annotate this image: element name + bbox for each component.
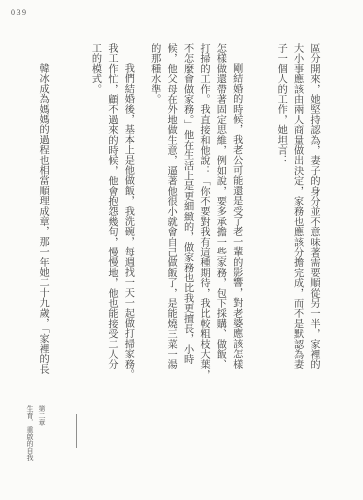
book-page: 039 區分開來，她堅持認為，妻子的身分並不意味著需要順從另一半，家裡的 大小事…: [0, 0, 363, 500]
chapter-title: 生育．重啟的自我: [24, 405, 36, 490]
text-column: 大小事應該由兩人商量做出決定，家務也應該分擔完成，而不是默認為妻: [288, 43, 304, 384]
text-column: 打掃的工作。我直接和他說：「你不要對我有這種期待，我比較粗枝大葉，: [195, 43, 211, 384]
text-column: 的那種水準。: [145, 43, 161, 384]
text-column: 區分開來，她堅持認為，妻子的身分並不意味著需要順從另一半，家裡的: [305, 43, 321, 384]
text-column: 候，他父母在外地做生意，逼著他很小就會自己做飯了，是能燒三菜一湯: [162, 43, 178, 384]
text-column: 我工作忙，顧不過來的時候，他會抱怨幾句，慢慢地，他也能接受二人分: [103, 43, 119, 384]
text-column: 子一個人的工作，她坦言：: [272, 43, 288, 384]
paragraph: 剛結婚的時候，我老公可能還是受了老一輩的影響，對老婆應該怎樣 怎樣做還帶著固定思…: [145, 43, 243, 384]
text-column: 工的模式。: [86, 43, 102, 384]
paragraph: 韓冰成為媽媽的過程也相當順理成章，那一年她二十九歲，「家裡的長: [34, 43, 50, 384]
body-text: 區分開來，她堅持認為，妻子的身分並不意味著需要順從另一半，家裡的 大小事應該由兩…: [34, 43, 321, 384]
paragraph: 我們結婚後，基本上是他做飯，我洗碗，每週找一天一起做打掃家務。 我工作忙，顧不過…: [86, 43, 135, 384]
text-column: 剛結婚的時候，我老公可能還是受了老一輩的影響，對老婆應該怎樣: [227, 43, 243, 384]
paragraph: 區分開來，她堅持認為，妻子的身分並不意味著需要順從另一半，家裡的 大小事應該由兩…: [272, 43, 321, 384]
chapter-marker: 第二章 生育．重啟的自我: [24, 405, 48, 490]
text-column: 不怎麼會做家務。」他在生活上是更細緻的，做家務也比我更擅長，小時: [178, 43, 194, 384]
text-column: 韓冰成為媽媽的過程也相當順理成章，那一年她二十九歲，「家裡的長: [34, 43, 50, 384]
chapter-label: 第二章: [36, 405, 48, 490]
text-column: 怎樣做還帶著固定思維，例如說，要多承擔一些家務，包下採購、做飯、: [211, 43, 227, 384]
text-column: 我們結婚後，基本上是他做飯，我洗碗，每週找一天一起做打掃家務。: [119, 43, 135, 384]
chapter-divider-rule: [76, 414, 77, 448]
page-number: 039: [11, 8, 28, 17]
